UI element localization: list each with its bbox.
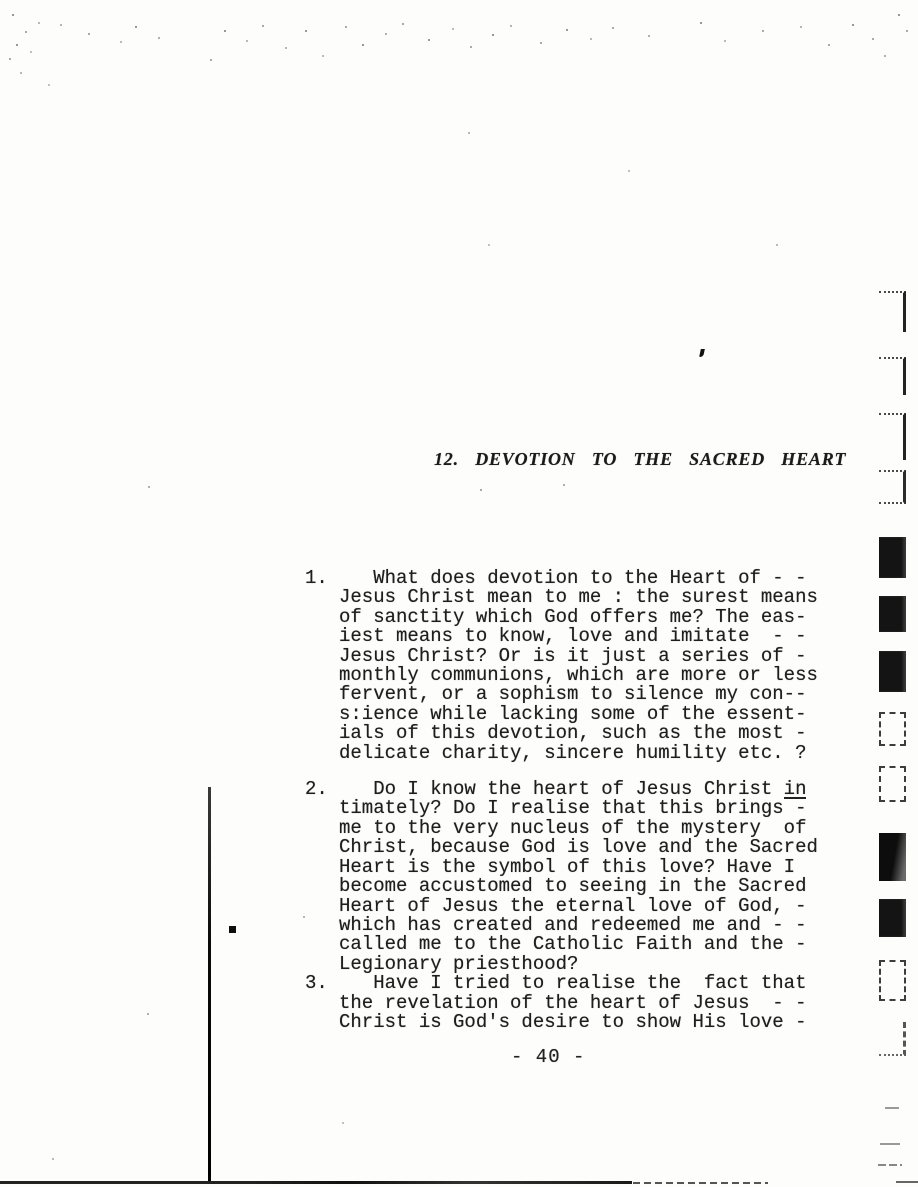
text-line: timately? Do I realise that this brings … xyxy=(339,799,818,818)
binding-mark xyxy=(879,899,906,937)
paragraph-number: 2. xyxy=(305,780,339,974)
text-line: called me to the Catholic Faith and the … xyxy=(339,935,818,954)
binding-mark xyxy=(879,1022,906,1056)
text-line: Have I tried to realise the fact that xyxy=(339,974,806,993)
paragraph: 3. Have I tried to realise the fact that… xyxy=(305,974,818,1032)
bottom-edge-dash xyxy=(896,1181,918,1183)
binding-mark xyxy=(879,291,906,332)
paragraph-number: 1. xyxy=(305,569,339,763)
text-line: delicate charity, sincere humility etc. … xyxy=(339,744,818,763)
text-line: ials of this devotion, such as the most … xyxy=(339,724,818,743)
binding-mark xyxy=(880,1143,900,1145)
binding-mark xyxy=(879,712,906,746)
text-line: iest means to know, love and imitate - - xyxy=(339,627,818,646)
text-line: become accustomed to seeing in the Sacre… xyxy=(339,877,818,896)
underline-mark xyxy=(784,797,807,799)
binding-mark xyxy=(885,1107,899,1109)
text-line: Christ is God's desire to show His love … xyxy=(339,1013,806,1032)
binding-mark xyxy=(879,470,906,504)
binding-mark xyxy=(879,833,906,881)
paragraph-lines: Have I tried to realise the fact thatthe… xyxy=(339,974,806,1032)
binding-mark xyxy=(879,357,906,395)
bottom-edge-line-dashes xyxy=(633,1182,768,1184)
paragraph-lines: What does devotion to the Heart of - -Je… xyxy=(339,569,818,763)
paragraph-lines: Do I know the heart of Jesus Christ inti… xyxy=(339,780,818,974)
left-margin-line xyxy=(208,787,211,1183)
ink-speck xyxy=(229,926,236,933)
text-line: Heart of Jesus the eternal love of God, … xyxy=(339,897,818,916)
page-number: - 40 - xyxy=(511,1046,585,1068)
scan-noise-speckles xyxy=(0,0,2,2)
binding-mark xyxy=(879,537,906,578)
paragraph-number: 3. xyxy=(305,974,339,1032)
paragraph: 1. What does devotion to the Heart of - … xyxy=(305,569,818,763)
paragraph-list: 1. What does devotion to the Heart of - … xyxy=(305,569,818,1032)
bottom-edge-line xyxy=(0,1181,632,1184)
text-line: Jesus Christ mean to me : the surest mea… xyxy=(339,588,818,607)
page-title: 12. DEVOTION TO THE SACRED HEART xyxy=(434,449,846,470)
binding-mark xyxy=(879,651,906,692)
scanned-document-page: 12. DEVOTION TO THE SACRED HEART 1. What… xyxy=(0,0,918,1187)
binding-mark xyxy=(879,596,906,632)
paragraph: 2. Do I know the heart of Jesus Christ i… xyxy=(305,780,818,974)
binding-mark xyxy=(879,766,906,802)
text-line: Christ, because God is love and the Sacr… xyxy=(339,838,818,857)
text-line: fervent, or a sophism to silence my con-… xyxy=(339,685,818,704)
binding-mark xyxy=(879,960,906,1001)
ink-speck xyxy=(699,349,705,357)
binding-mark xyxy=(879,413,906,460)
bottom-edge-dash xyxy=(878,1164,902,1166)
body-text: 1. What does devotion to the Heart of - … xyxy=(305,569,818,1032)
